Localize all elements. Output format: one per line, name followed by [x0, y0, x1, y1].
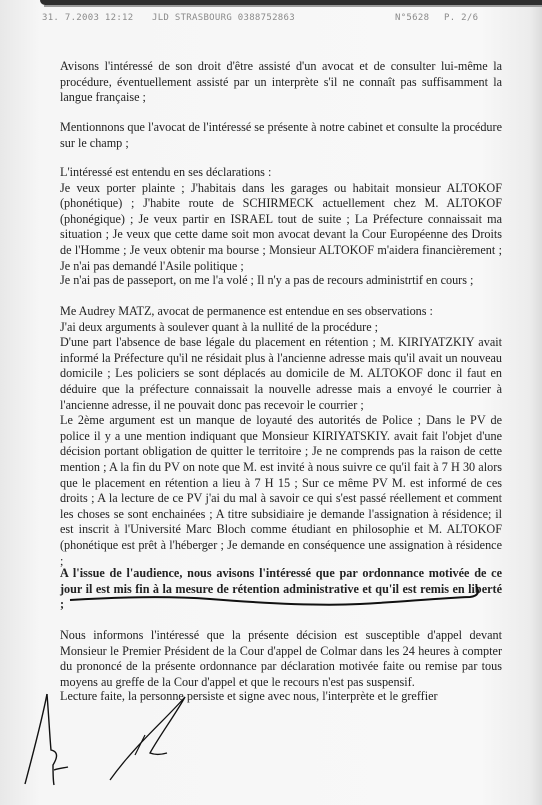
paragraph-lawyer-consult: Mentionnons que l'avocat de l'intéressé …: [60, 120, 502, 151]
paragraph-rights-notice: Avisons l'intéressé de son droit d'être …: [60, 59, 502, 106]
paragraph-heading: L'intéressé est entendu en ses déclarati…: [60, 165, 502, 181]
signature-1: [20, 690, 80, 790]
paragraph-heading: Me Audrey MATZ, avocat de permanence est…: [60, 304, 502, 320]
fax-document-page: 31. 7.2003 12:12 JLD STRASBOURG 03887528…: [0, 0, 542, 805]
paragraph-text: Nous informons l'intéressé que la présen…: [60, 628, 502, 690]
paragraph-passport: Je n'ai pas de passeport, on me l'a volé…: [60, 273, 502, 289]
paragraph-text: J'ai deux arguments à soulever quant à l…: [60, 320, 502, 336]
paragraph-text: Avisons l'intéressé de son droit d'être …: [60, 59, 502, 106]
paragraph-text: Mentionnons que l'avocat de l'intéressé …: [60, 120, 502, 151]
paragraph-text: Le 2ème argument est un manque de loyaut…: [60, 413, 502, 569]
signature-2: [105, 695, 205, 785]
paragraph-declarations: L'intéressé est entendu en ses déclarati…: [60, 165, 502, 274]
paragraph-lawyer-observations: Me Audrey MATZ, avocat de permanence est…: [60, 304, 502, 569]
fax-sender: JLD STRASBOURG 0388752863: [152, 13, 295, 23]
fax-date-time: 31. 7.2003 12:12: [42, 13, 134, 23]
paragraph-text: Je veux porter plainte ; J'habitais dans…: [60, 181, 502, 275]
fax-number: N°5628: [395, 13, 429, 23]
paragraph-text: D'une part l'absence de base légale du p…: [60, 335, 502, 413]
scanner-edge-shadow: [44, 5, 542, 7]
fax-page-number: P. 2/6: [444, 13, 478, 23]
paragraph-text: Je n'ai pas de passeport, on me l'a volé…: [60, 273, 502, 289]
handwritten-underline: [60, 584, 490, 609]
paragraph-appeal-info: Nous informons l'intéressé que la présen…: [60, 628, 502, 690]
